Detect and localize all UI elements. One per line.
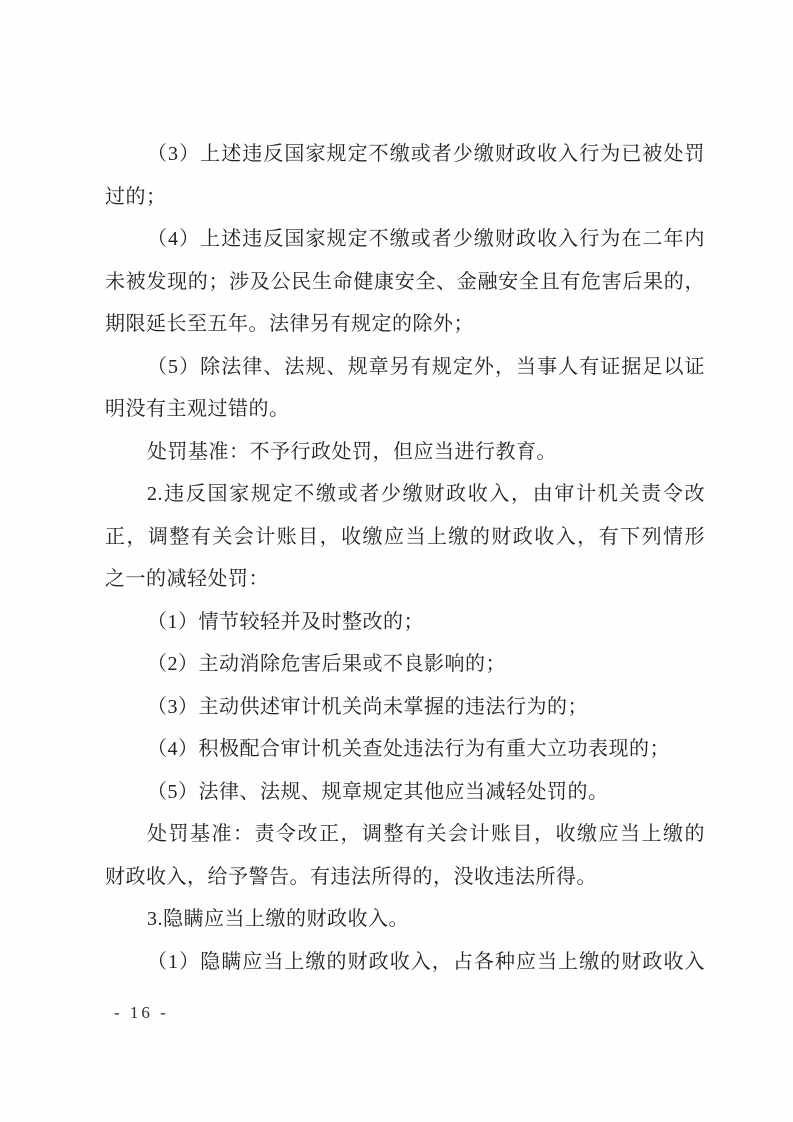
document-line: 处罚基准：责令改正，调整有关会计账目，收缴应当上缴的 [105, 813, 705, 856]
document-line: 3.隐瞒应当上缴的财政收入。 [105, 898, 705, 941]
document-line: （4）积极配合审计机关查处违法行为有重大立功表现的； [105, 728, 705, 771]
document-line: 正，调整有关会计账目，收缴应当上缴的财政收入，有下列情形 [105, 516, 705, 559]
document-line: 财政收入，给予警告。有违法所得的，没收违法所得。 [105, 856, 705, 899]
document-line: （5）除法律、法规、规章另有规定外，当事人有证据足以证 [105, 346, 705, 389]
document-line: （3）上述违反国家规定不缴或者少缴财政收入行为已被处罚 [105, 133, 705, 176]
document-line: 2.违反国家规定不缴或者少缴财政收入，由审计机关责令改 [105, 473, 705, 516]
document-line: 未被发现的；涉及公民生命健康安全、金融安全且有危害后果的， [105, 261, 705, 304]
document-line: 处罚基准：不予行政处罚，但应当进行教育。 [105, 431, 705, 474]
document-line: （3）主动供述审计机关尚未掌握的违法行为的； [105, 686, 705, 729]
document-line: 过的； [105, 176, 705, 219]
document-line: （5）法律、法规、规章规定其他应当减轻处罚的。 [105, 771, 705, 814]
document-line: 期限延长至五年。法律另有规定的除外； [105, 303, 705, 346]
page-number: - 16 - [114, 1003, 169, 1023]
document-line: 明没有主观过错的。 [105, 388, 705, 431]
document-line: （1）隐瞒应当上缴的财政收入，占各种应当上缴的财政收入 [105, 941, 705, 984]
document-line: （1）情节较轻并及时整改的； [105, 601, 705, 644]
document-line: 之一的减轻处罚： [105, 558, 705, 601]
document-body: （3）上述违反国家规定不缴或者少缴财政收入行为已被处罚 过的； （4）上述违反国… [105, 133, 705, 983]
document-line: （4）上述违反国家规定不缴或者少缴财政收入行为在二年内 [105, 218, 705, 261]
document-line: （2）主动消除危害后果或不良影响的； [105, 643, 705, 686]
document-page: （3）上述违反国家规定不缴或者少缴财政收入行为已被处罚 过的； （4）上述违反国… [0, 0, 793, 1122]
